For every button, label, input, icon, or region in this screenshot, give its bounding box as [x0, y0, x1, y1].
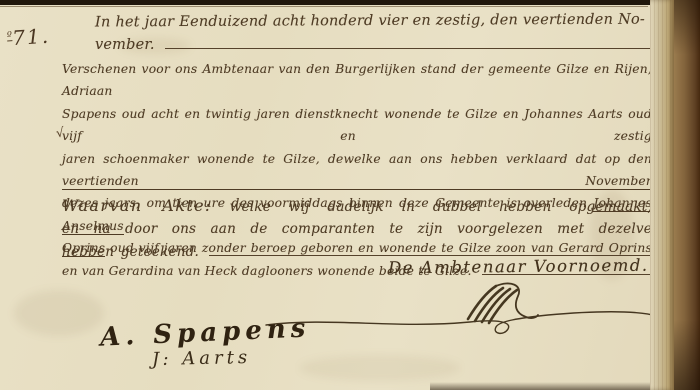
page-edge [650, 0, 674, 390]
witness-signature-spapens: A. Spapens [99, 313, 310, 352]
date-line-2: vember. [95, 35, 652, 55]
top-ruled-line-thin [0, 6, 648, 7]
record-line: Spapens oud acht en twintig jaren dienst… [62, 103, 652, 148]
record-line: Verschenen voor ons Ambtenaar van den Bu… [62, 58, 652, 103]
date-line-2-text: vember. [95, 35, 155, 55]
page-bottom-shadow [430, 382, 676, 390]
act-number-value: 71. [11, 24, 50, 51]
underlined-date: veertienden November [62, 174, 652, 190]
book-binding [674, 0, 700, 390]
witness-signature-aarts: J: Aarts [152, 347, 251, 370]
act-number: º71. [6, 24, 51, 51]
closing-line: en na door ons aan de comparanten te zij… [62, 218, 652, 240]
top-ruled-line [0, 0, 652, 5]
filler-rule [165, 39, 652, 49]
official-title: De Ambtenaar Voornoemd. [388, 256, 649, 278]
date-line-1: In het jaar Eenduizend acht honderd vier… [95, 10, 645, 33]
filler-rule [209, 246, 652, 256]
closing-clause: Waarvan Akte: welke wij dadelijk in dubb… [62, 195, 652, 263]
closing-line: Waarvan Akte: welke wij dadelijk in dubb… [62, 195, 652, 218]
record-line: jaren schoenmaker wonende te Gilze, dewe… [62, 148, 652, 193]
paper-stain [300, 355, 460, 381]
paper-stain [14, 290, 104, 336]
waarvan-akte-label: Waarvan Akte: [62, 196, 212, 215]
register-page: º71. √ In het jaar Eenduizend acht honde… [0, 0, 700, 390]
